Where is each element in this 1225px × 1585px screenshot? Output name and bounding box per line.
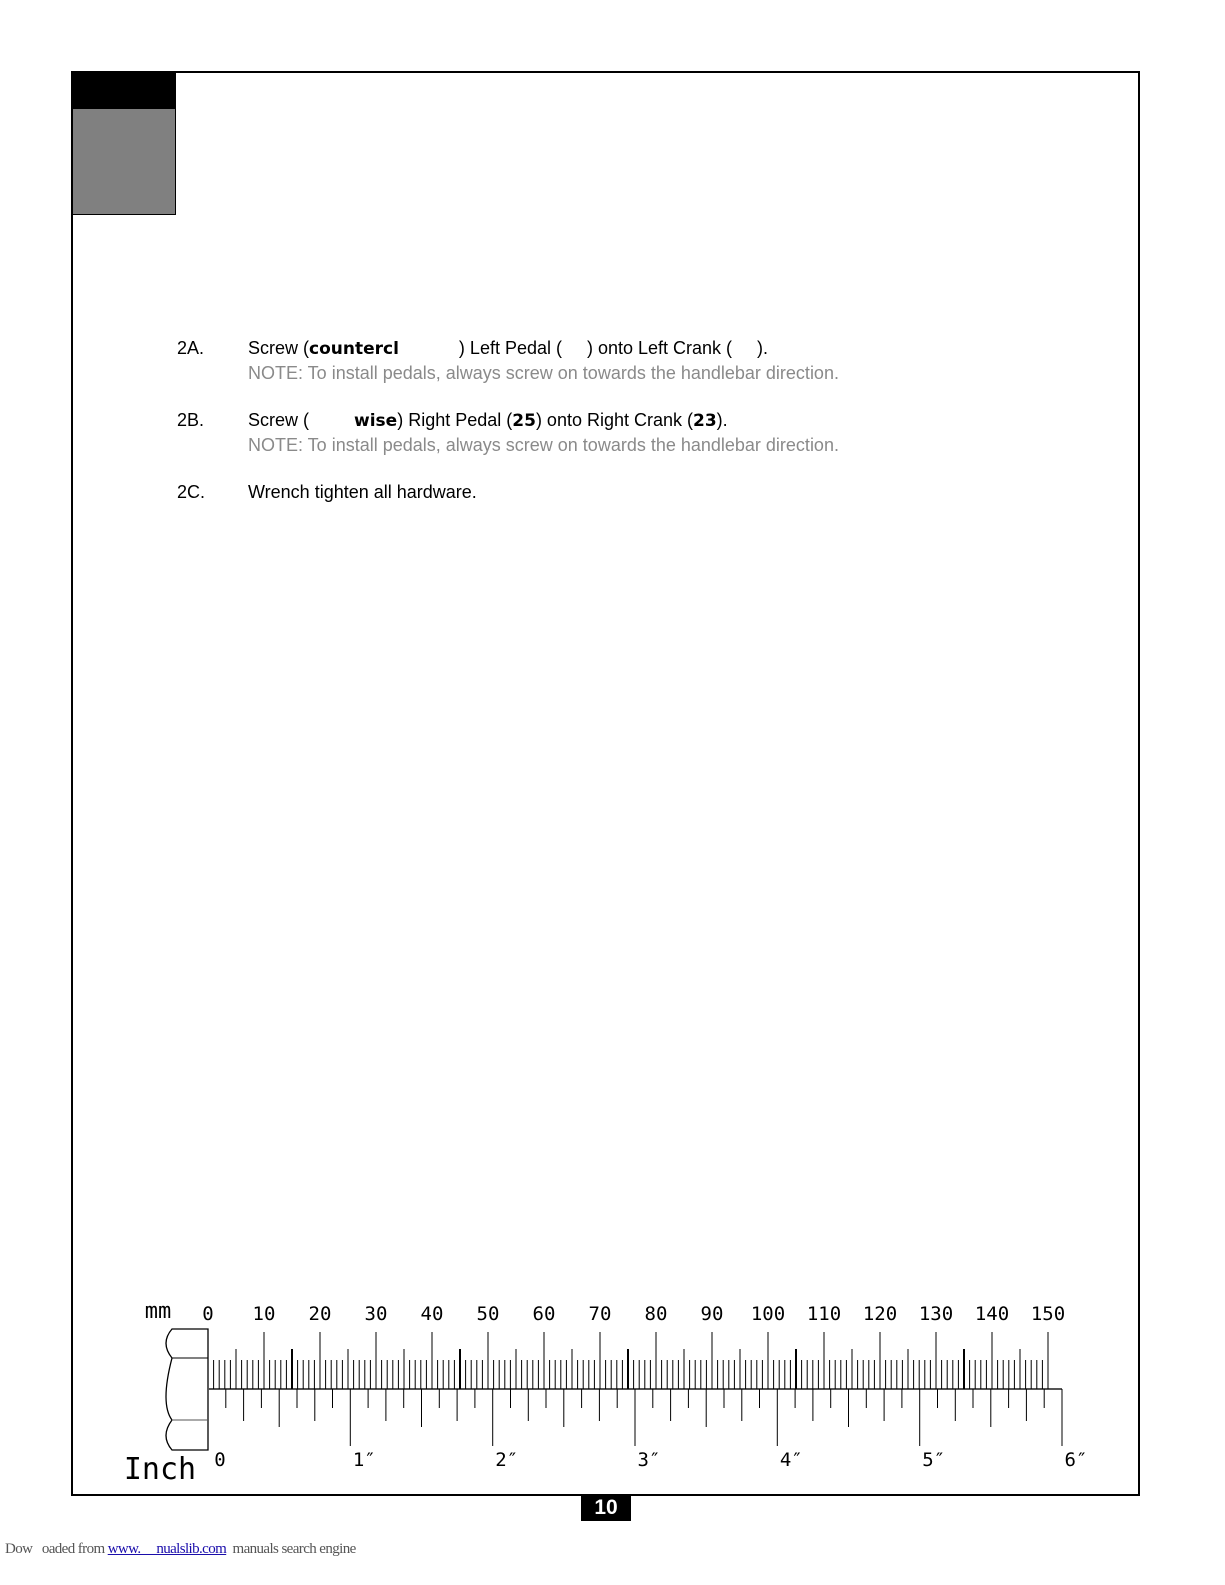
step-2b: 2B. Screw ( wise) Right Pedal (25) onto … bbox=[177, 408, 1077, 457]
step-note: NOTE: To install pedals, always screw on… bbox=[248, 361, 1077, 385]
footer-prefix: Dow oaded from bbox=[5, 1541, 108, 1557]
step-number: 2B. bbox=[177, 408, 248, 433]
footer-suffix: manuals search engine bbox=[226, 1541, 355, 1557]
download-footer: Dow oaded from www. nualslib.com manuals… bbox=[5, 1541, 356, 1558]
page-number: 10 bbox=[581, 1494, 631, 1521]
step-number: 2A. bbox=[177, 336, 248, 361]
step-text: Screw ( wise) Right Pedal (25) onto Righ… bbox=[248, 408, 728, 433]
section-tab-body bbox=[72, 109, 176, 215]
assembly-steps: 2A. Screw (countercl ) Left Pedal ( ) on… bbox=[177, 336, 1077, 504]
step-text: Wrench tighten all hardware. bbox=[248, 480, 477, 504]
step-text: Screw (countercl ) Left Pedal ( ) onto L… bbox=[248, 336, 768, 361]
step-2c: 2C. Wrench tighten all hardware. bbox=[177, 480, 1077, 504]
step-number: 2C. bbox=[177, 480, 248, 504]
step-2a: 2A. Screw (countercl ) Left Pedal ( ) on… bbox=[177, 336, 1077, 385]
page-frame bbox=[71, 71, 1140, 1496]
step-note: NOTE: To install pedals, always screw on… bbox=[248, 433, 1077, 457]
manualslib-link[interactable]: www. nualslib.com bbox=[108, 1541, 227, 1557]
section-tab-header bbox=[72, 72, 176, 109]
